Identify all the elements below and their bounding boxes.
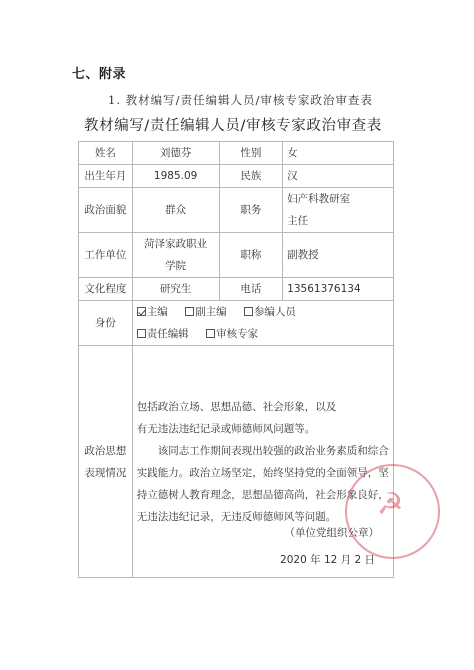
row-birth: 出生年月 1985.09 民族 汉: [79, 165, 394, 188]
section-heading: 七、附录: [72, 63, 126, 82]
name-value: 刘德芬: [132, 142, 219, 165]
position-label: 职务: [219, 188, 283, 233]
gender-value: 女: [283, 142, 394, 165]
work-unit-label: 工作单位: [79, 233, 133, 278]
education-label: 文化程度: [79, 278, 133, 301]
title-label: 职称: [219, 233, 283, 278]
education-value: 研究生: [132, 278, 219, 301]
checkbox-checked-icon[interactable]: [137, 307, 146, 316]
position-value: 妇产科教研室 主任: [283, 188, 394, 233]
work-unit-value: 菏泽家政职业 学院: [132, 233, 219, 278]
instruction-line-2: 有无违法违纪记录或师德师风问题等。: [137, 418, 389, 440]
phone-value: 13561376134: [283, 278, 394, 301]
position-line-2: 主任: [287, 210, 389, 232]
politics-status-label: 政治面貌: [79, 188, 133, 233]
row-work-unit: 工作单位 菏泽家政职业 学院 职称 副教授: [79, 233, 394, 278]
political-performance-label: 政治思想 表现情况: [79, 346, 133, 578]
name-label: 姓名: [79, 142, 133, 165]
option-chief-editor[interactable]: 主编: [137, 301, 168, 323]
option-deputy-editor[interactable]: 副主编: [185, 301, 227, 323]
identity-label: 身份: [79, 301, 133, 346]
seal-label: （单位党组织公章）: [285, 522, 380, 544]
checkbox-icon[interactable]: [244, 307, 253, 316]
gender-label: 性别: [219, 142, 283, 165]
title-value: 副教授: [283, 233, 394, 278]
row-politics-status: 政治面貌 群众 职务 妇产科教研室 主任: [79, 188, 394, 233]
option-contributor[interactable]: 参编人员: [244, 301, 296, 323]
birth-label: 出生年月: [79, 165, 133, 188]
ethnicity-value: 汉: [283, 165, 394, 188]
hammer-sickle-icon: ☭: [377, 494, 404, 516]
birth-value: 1985.09: [132, 165, 219, 188]
form-title: 教材编写/责任编辑人员/审核专家政治审查表: [84, 114, 382, 135]
checkbox-icon[interactable]: [137, 329, 146, 338]
option-review-expert[interactable]: 审核专家: [206, 323, 258, 345]
political-review-table: 姓名 刘德芬 性别 女 出生年月 1985.09 民族 汉 政治面貌 群众 职务…: [78, 141, 394, 578]
checkbox-icon[interactable]: [206, 329, 215, 338]
row-education: 文化程度 研究生 电话 13561376134: [79, 278, 394, 301]
ethnicity-label: 民族: [219, 165, 283, 188]
political-performance-content: 包括政治立场、思想品德、社会形象，以及 有无违法违纪记录或师德师风问题等。 该同…: [132, 346, 393, 578]
option-responsible-editor[interactable]: 责任编辑: [137, 323, 189, 345]
work-unit-line-1: 菏泽家政职业: [137, 233, 215, 255]
checkbox-icon[interactable]: [185, 307, 194, 316]
phone-label: 电话: [219, 278, 283, 301]
row-name: 姓名 刘德芬 性别 女: [79, 142, 394, 165]
position-line-1: 妇产科教研室: [287, 188, 389, 210]
instruction-line-1: 包括政治立场、思想品德、社会形象，以及: [137, 396, 389, 418]
signature-date: 2020 年 12 月 2 日: [280, 549, 375, 571]
row-identity: 身份 主编 副主编 参编人员 责任编辑 审核专家: [79, 301, 394, 346]
row-political-performance: 政治思想 表现情况 包括政治立场、思想品德、社会形象，以及 有无违法违纪记录或师…: [79, 346, 394, 578]
appendix-subheading: 1. 教材编写/责任编辑人员/审核专家政治审查表: [108, 92, 373, 108]
identity-options: 主编 副主编 参编人员 责任编辑 审核专家: [132, 301, 393, 346]
party-seal-stamp: ☭: [345, 464, 440, 559]
work-unit-line-2: 学院: [137, 255, 215, 277]
politics-status-value: 群众: [132, 188, 219, 233]
